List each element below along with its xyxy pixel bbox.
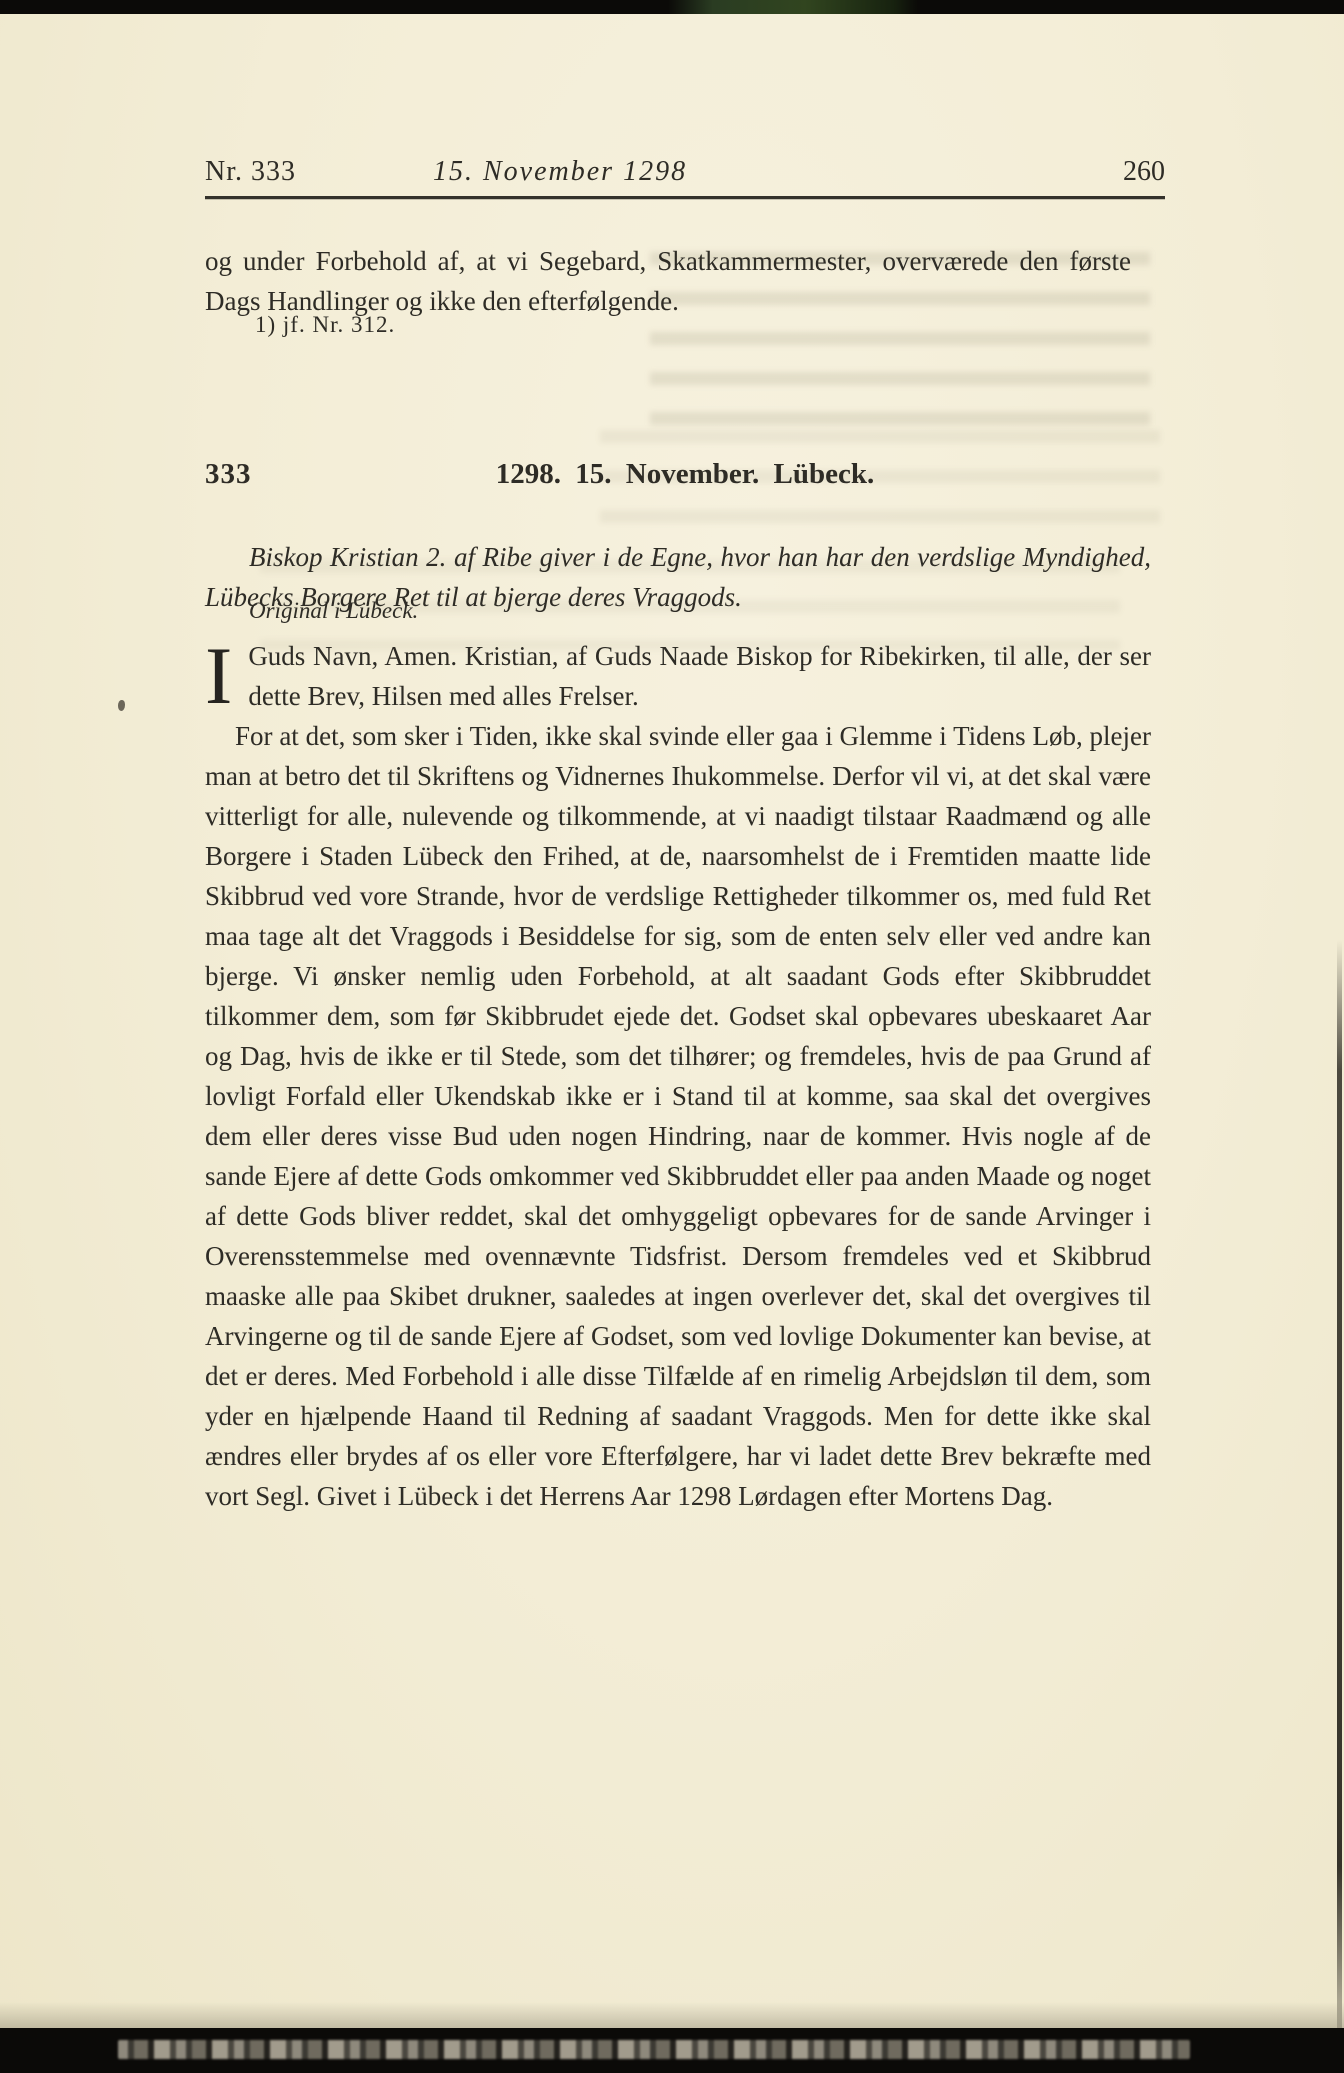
page-bottom-shadow [0, 2002, 1344, 2028]
scan-top-edge [0, 0, 1344, 14]
scan-top-edge-green-segment [668, 0, 918, 14]
page-number: 260 [1123, 156, 1165, 188]
charter-opening-text: Guds Navn, Amen. Kristian, af Guds Naade… [248, 641, 1151, 711]
charter-main-paragraph: For at det, som sker i Tiden, ikke skal … [205, 716, 1151, 1516]
scan-bottom-edge [0, 2028, 1344, 2073]
book-page-edges-texture [118, 2040, 1190, 2059]
running-header: Nr. 333 15. November 1298 260 [205, 156, 1165, 192]
dropcap-initial: I [205, 636, 248, 712]
previous-entry-continuation: og under Forbehold af, at vi Segebard, S… [205, 241, 1131, 321]
charter-opening-paragraph: I Guds Navn, Amen. Kristian, af Guds Naa… [205, 636, 1151, 716]
scan-right-edge [1337, 940, 1342, 2030]
ink-speck [118, 700, 125, 711]
entry-heading: 333 1298. 15. November. Lübeck. [205, 458, 1165, 498]
header-date: 15. November 1298 [433, 156, 687, 188]
header-rule [205, 196, 1165, 199]
entry-provenance: Original i Lübeck. [249, 598, 418, 624]
entry-dateline: 1298. 15. November. Lübeck. [205, 458, 1165, 491]
charter-body: I Guds Navn, Amen. Kristian, af Guds Naa… [205, 636, 1151, 1516]
scanned-book-page: Nr. 333 15. November 1298 260 og under F… [0, 0, 1344, 2073]
footnote: 1) jf. Nr. 312. [255, 312, 395, 338]
header-entry-number: Nr. 333 [205, 156, 296, 188]
